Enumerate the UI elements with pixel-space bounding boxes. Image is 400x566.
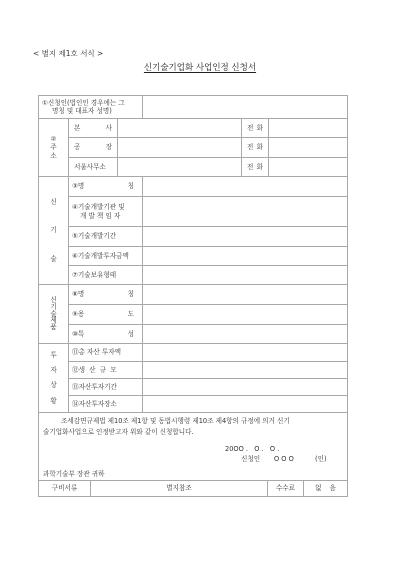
- label-part: 화: [257, 143, 263, 151]
- label-part: ⑥기술개발투자금액: [72, 252, 129, 260]
- factory-phone-label: 전화: [242, 138, 269, 158]
- tech-period-value[interactable]: [143, 227, 347, 247]
- technology-group-char: 기: [50, 226, 56, 234]
- technology-group-char: 신: [50, 198, 56, 206]
- tech-investment-value[interactable]: [143, 247, 347, 266]
- applicant-label-line1: ①신청인(법인인 경우에는 그: [42, 99, 125, 107]
- application-date: 20OO . O . O .: [225, 444, 279, 454]
- asset-investment-location-value[interactable]: [143, 396, 347, 413]
- technology-group-label: 신 기 술: [39, 177, 69, 285]
- asset-investment-location-label: ⑭자산투자장소: [69, 396, 143, 413]
- seoul-office-phone-label: 전화: [242, 158, 269, 177]
- label-part: 전: [247, 143, 253, 151]
- applicant-signature-name: O O O: [274, 454, 294, 464]
- form-number-label: < 별지 제1호 서식 >: [33, 48, 103, 59]
- address-group-char: ②: [51, 135, 57, 143]
- address-hq-label: 본사: [69, 119, 118, 138]
- label-part: 화: [257, 124, 263, 132]
- product-feature-value[interactable]: [143, 325, 347, 344]
- label-part: 전: [247, 124, 253, 132]
- address-group-char: 주: [50, 143, 56, 151]
- tech-developer-value[interactable]: [143, 197, 347, 227]
- tech-ownership-value[interactable]: [143, 266, 347, 285]
- address-factory-value[interactable]: [118, 138, 242, 158]
- product-group-label: 신 기 술 제 품: [39, 285, 69, 344]
- label-part: ⑩특: [72, 330, 84, 338]
- tech-period-label: ⑤기술개발기간: [69, 227, 143, 247]
- tech-developer-label: ④기술개발기관 및 개 발 책 임 자: [69, 197, 143, 227]
- address-group-label: ② 주 소: [39, 119, 69, 177]
- product-group-char: 품: [50, 324, 56, 331]
- production-scale-label: ⑫생 산 규 모: [69, 362, 143, 379]
- product-use-label: ⑨용도: [69, 305, 143, 325]
- required-documents-label: 구비서류: [39, 481, 91, 496]
- investment-group-label: 투 자 상 황: [39, 344, 69, 413]
- address-hq-value[interactable]: [118, 119, 242, 138]
- address-group-char: 소: [50, 152, 56, 160]
- factory-phone-value[interactable]: [269, 138, 347, 158]
- applicant-signature-label: 신청인: [241, 454, 260, 464]
- investment-group-char: 투: [50, 351, 56, 359]
- address-seoul-office-label: 서울사무소: [69, 158, 118, 177]
- total-asset-investment-label: ⑪총 자산 투자액: [69, 344, 143, 362]
- label-part: 본: [74, 124, 80, 132]
- investment-group-char: 자: [50, 366, 56, 374]
- label-part: ⑦기술보유형태: [72, 271, 116, 279]
- tech-name-value[interactable]: [143, 177, 347, 197]
- hq-phone-value[interactable]: [269, 119, 347, 138]
- declaration-line2: 술기업화사업으로 인정받고자 위와 같이 신청합니다.: [43, 427, 194, 437]
- label-part: 전: [247, 163, 253, 171]
- label-line: ④기술개발기관 및: [72, 203, 125, 211]
- asset-investment-period-value[interactable]: [143, 379, 347, 396]
- form-title: 신기술기업화 사업인정 신청서: [0, 61, 400, 73]
- production-scale-value[interactable]: [143, 362, 347, 379]
- required-documents-value: 별지참조: [91, 481, 268, 496]
- fee-value-part: 음: [330, 484, 336, 492]
- label-part: 칭: [128, 290, 134, 298]
- declaration-section: 조세감면규제법 제10조 제1항 및 동법시행령 제10조 제4항의 규정에 의…: [39, 413, 347, 481]
- hq-phone-label: 전화: [242, 119, 269, 138]
- investment-group-char: 황: [50, 397, 56, 405]
- applicant-value[interactable]: [143, 96, 347, 119]
- label-part: ⑧명: [72, 290, 84, 298]
- technology-group-char: 술: [50, 255, 56, 263]
- product-name-label: ⑧명칭: [69, 285, 143, 305]
- label-part: 화: [257, 163, 263, 171]
- label-part: 장: [106, 143, 112, 151]
- addressee: 과학기술부 장관 귀하: [43, 469, 105, 479]
- application-form-table: ①신청인(법인인 경우에는 그 명칭 및 대표자 성명) ② 주 소 본사 전화…: [38, 95, 348, 497]
- applicant-label-line2: 명칭 및 대표자 성명): [42, 107, 112, 115]
- label-part: 사: [106, 124, 112, 132]
- fee-value: 없음: [304, 481, 347, 496]
- tech-investment-label: ⑥기술개발투자금액: [69, 247, 143, 266]
- label-part: 도: [128, 310, 134, 318]
- tech-ownership-label: ⑦기술보유형태: [69, 266, 143, 285]
- fee-label: 수수료: [268, 481, 304, 496]
- product-use-value[interactable]: [143, 305, 347, 325]
- label-part: ③명: [72, 182, 84, 190]
- fee-value-part: 없: [315, 484, 321, 492]
- tech-name-label: ③명칭: [69, 177, 143, 197]
- address-seoul-office-value[interactable]: [118, 158, 242, 177]
- address-factory-label: 공장: [69, 138, 118, 158]
- product-feature-label: ⑩특성: [69, 325, 143, 344]
- label-part: 성: [128, 330, 134, 338]
- product-name-value[interactable]: [143, 285, 347, 305]
- seoul-office-phone-value[interactable]: [269, 158, 347, 177]
- total-asset-investment-value[interactable]: [143, 344, 347, 362]
- investment-group-char: 상: [50, 381, 56, 389]
- label-part: ⑨용: [72, 310, 84, 318]
- label-part: 공: [74, 143, 80, 151]
- label-part: ⑤기술개발기간: [72, 232, 116, 240]
- label-part: 칭: [128, 182, 134, 190]
- applicant-label: ①신청인(법인인 경우에는 그 명칭 및 대표자 성명): [39, 96, 143, 119]
- label-part: 서울사무소: [74, 163, 106, 171]
- asset-investment-period-label: ⑬자산투자기간: [69, 379, 143, 396]
- seal-mark: (인): [315, 454, 327, 464]
- declaration-line1: 조세감면규제법 제10조 제1항 및 동법시행령 제10조 제4항의 규정에 의…: [61, 416, 290, 426]
- label-line: 개 발 책 임 자: [72, 212, 120, 220]
